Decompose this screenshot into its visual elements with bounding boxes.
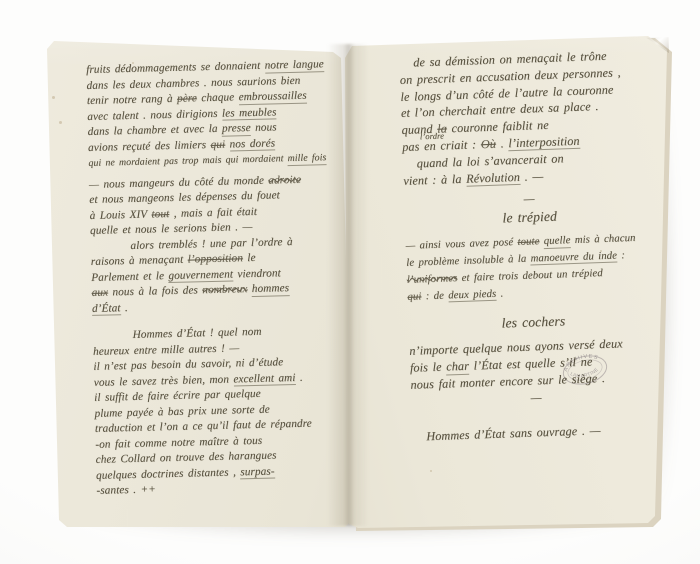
manuscript-photo: fruits dédommagements se donnaient notre… — [0, 0, 700, 564]
foxing-speck — [59, 121, 62, 124]
foxing-speck — [52, 96, 55, 99]
foxing-speck — [430, 470, 432, 472]
right-page-text: de sa démission on menaçait le trôneon p… — [399, 46, 662, 445]
section-heading: les cochers — [408, 308, 659, 337]
left-page-text: fruits dédommagements se donnaient notre… — [86, 57, 351, 500]
